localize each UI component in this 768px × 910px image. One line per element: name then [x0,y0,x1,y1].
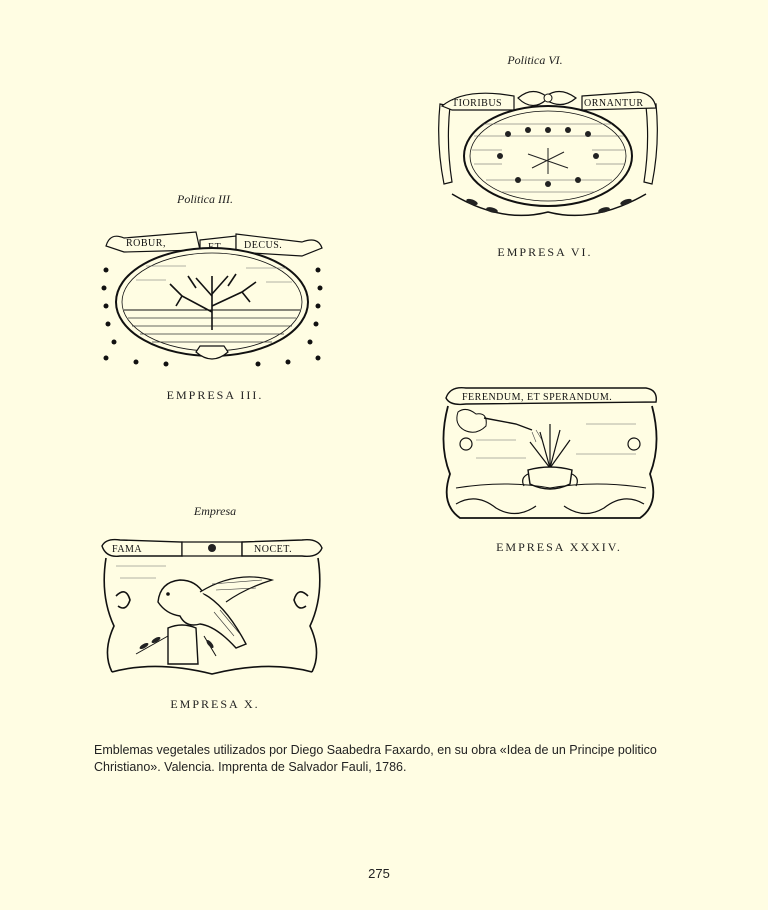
svg-text:FAMA: FAMA [112,544,142,555]
svg-text:ROBUR,: ROBUR, [126,238,166,249]
svg-text:NOCET.: NOCET. [254,544,292,555]
emblem-vi-heading: Politica VI. [470,53,600,68]
emblem-vi-illustration: TIORIBUS ORNANTUR [432,84,664,224]
emblem-iii-illustration: ROBUR, ET DECUS. [96,226,328,368]
emblem-iii-heading: Politica III. [150,192,260,207]
emblem-xxxiv-caption: EMPRESA XXXIV. [474,540,644,555]
woodcut-tree-icon: ROBUR, ET DECUS. [96,226,328,368]
emblem-x-caption: EMPRESA X. [150,697,280,712]
svg-text:TIORIBUS: TIORIBUS [452,98,502,109]
emblem-vi-caption: EMPRESA VI. [470,245,620,260]
emblem-x-illustration: FAMA NOCET. [96,536,328,682]
svg-text:DECUS.: DECUS. [244,240,282,251]
figure-description-line-1: Emblemas vegetales utilizados por Diego … [94,742,714,759]
emblem-xxxiv-illustration: FERENDUM, ET SPERANDUM. [436,384,664,524]
page-number: 275 [344,866,414,881]
figure-description-line-2: Christiano». Valencia. Imprenta de Salva… [94,759,714,776]
woodcut-watering-urn-icon: FERENDUM, ET SPERANDUM. [436,384,664,524]
woodcut-plants-icon: TIORIBUS ORNANTUR [432,84,664,224]
emblem-x-heading: Empresa [165,504,265,519]
woodcut-bird-icon: FAMA NOCET. [96,536,328,682]
emblem-iii-caption: EMPRESA III. [145,388,285,403]
svg-text:ORNANTUR: ORNANTUR [584,98,644,109]
figure-description: Emblemas vegetales utilizados por Diego … [94,742,714,776]
svg-text:FERENDUM, ET SPERANDUM.: FERENDUM, ET SPERANDUM. [462,392,612,403]
